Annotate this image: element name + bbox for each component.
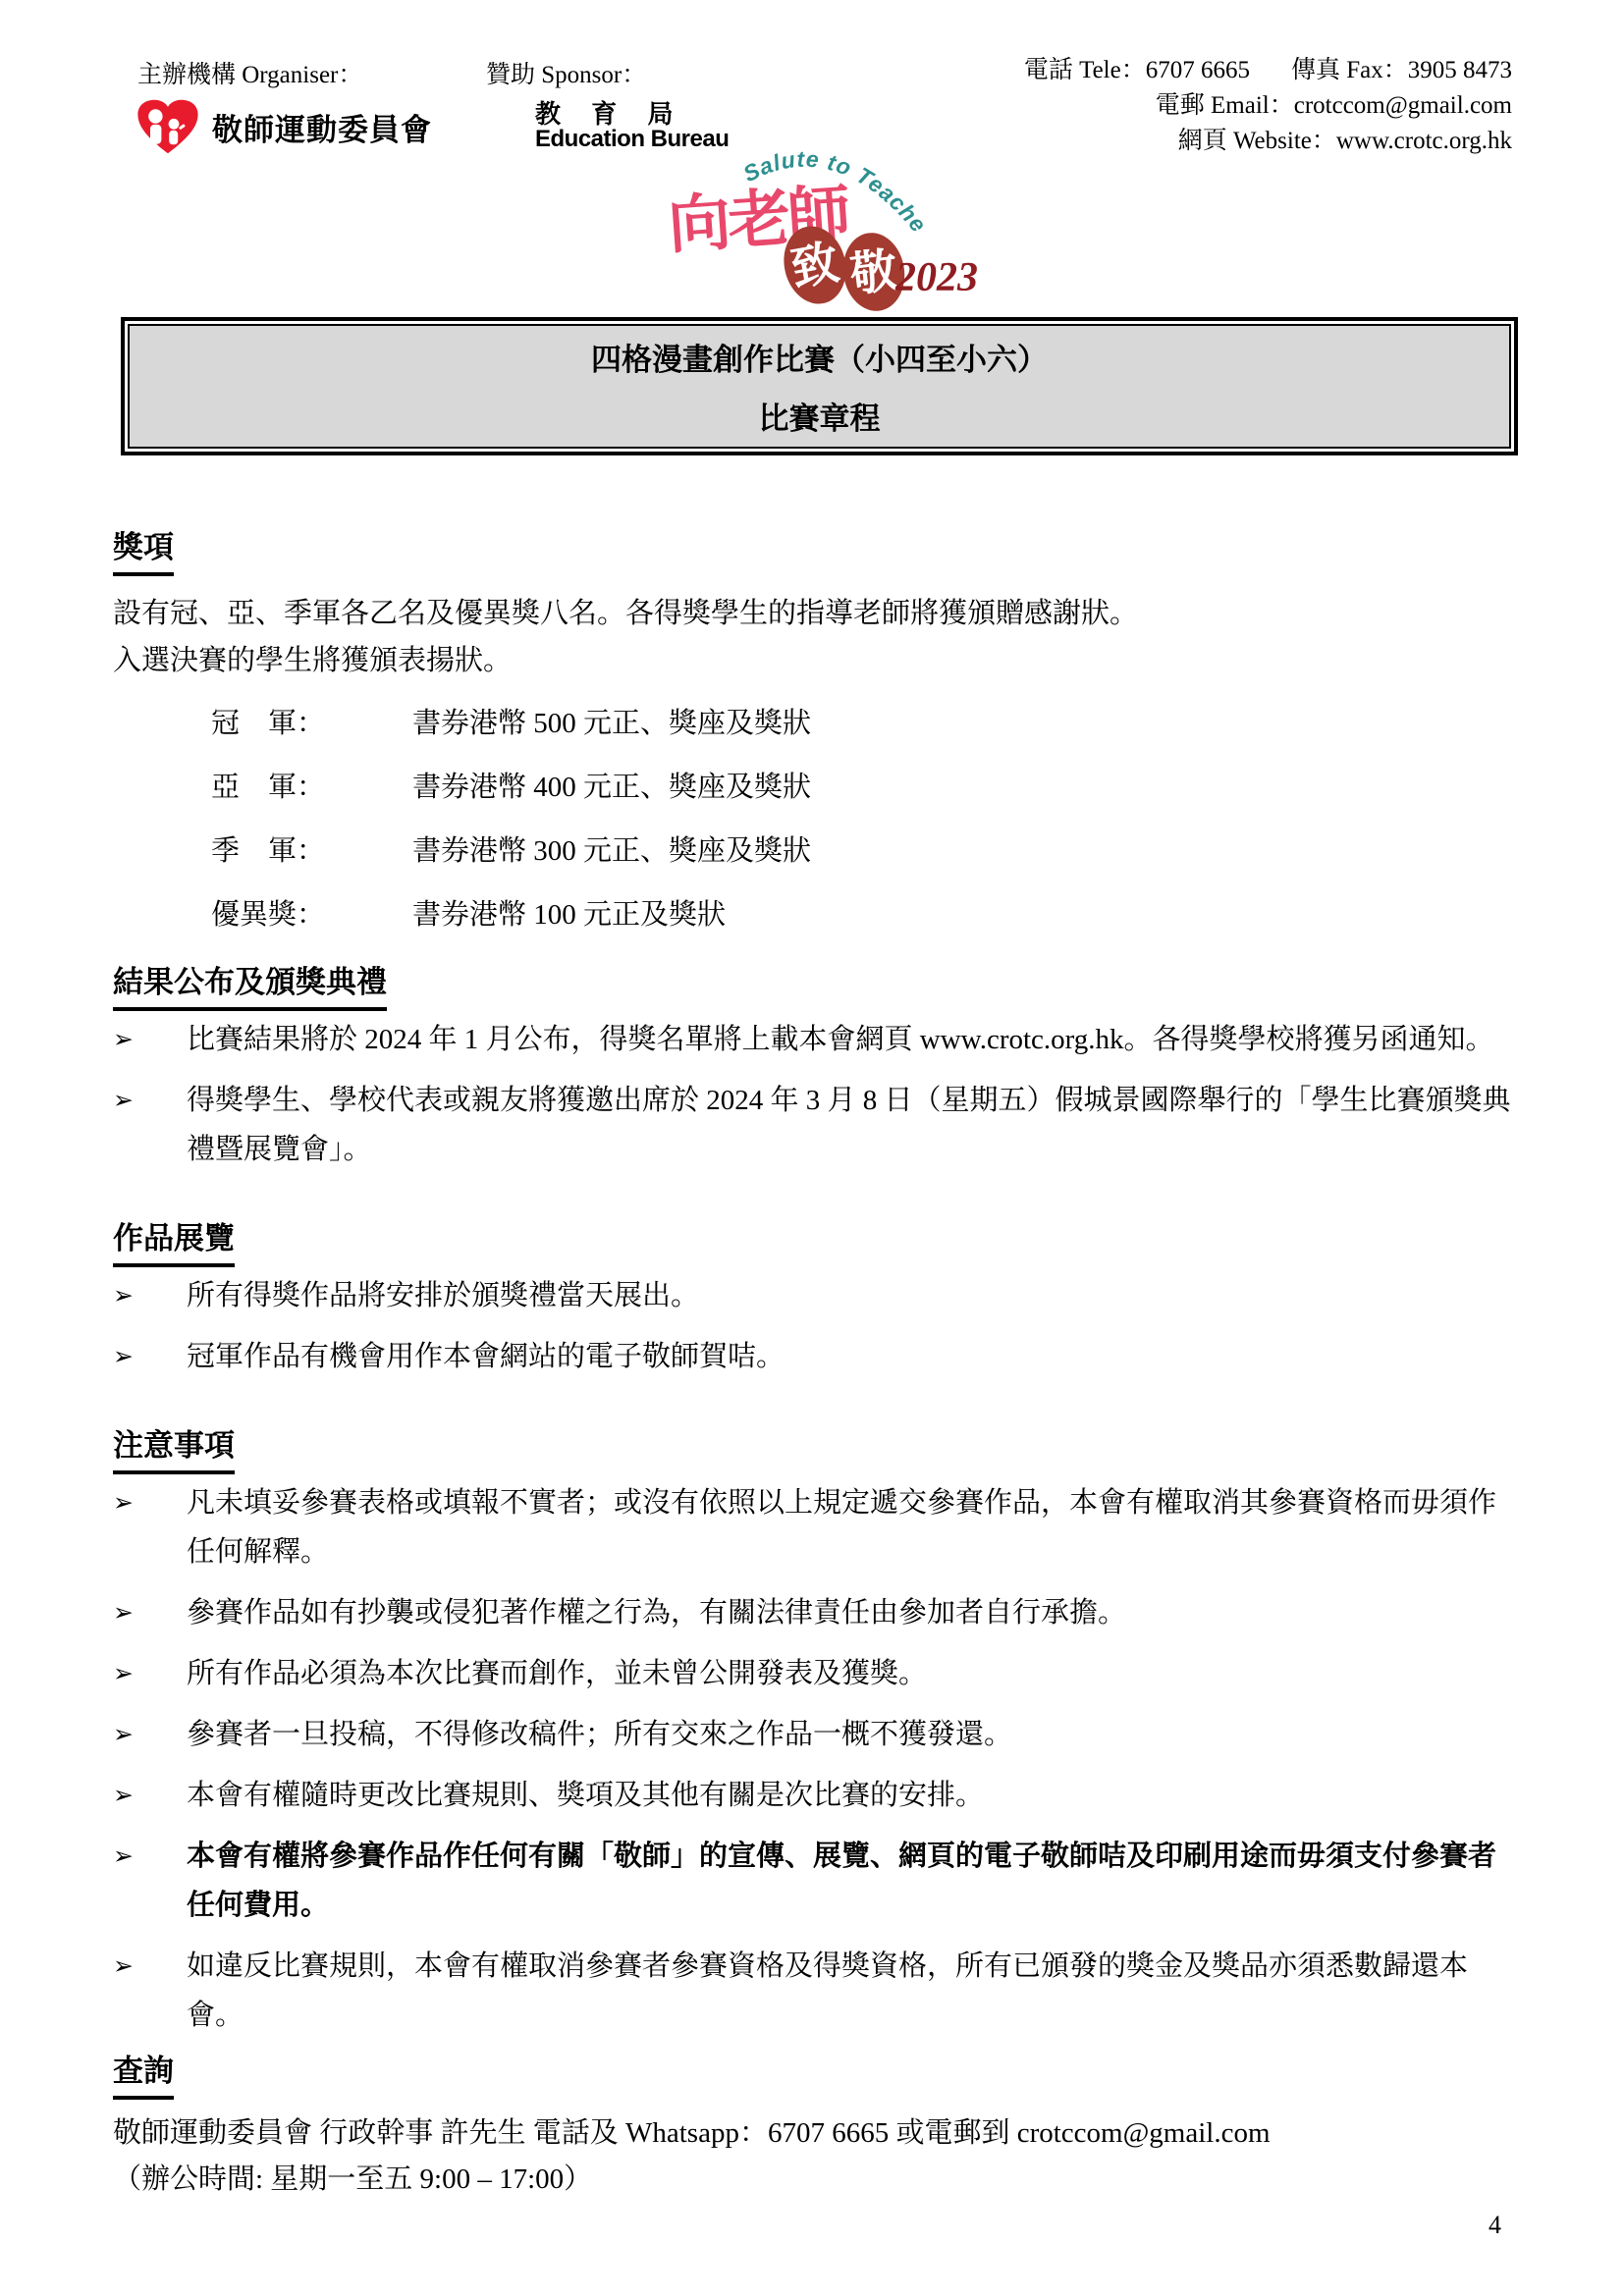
arrow-bullet-icon: ➢ [113, 1015, 187, 1064]
arrow-bullet-icon: ➢ [113, 1076, 187, 1174]
enquiry-contact-line: 敬師運動委員會 行政幹事 許先生 電話及 Whatsapp：6707 6665 … [113, 2109, 1514, 2157]
arrow-bullet-icon: ➢ [113, 1710, 187, 1759]
salute-to-teachers-logo: Salute to Teachers 向老師 致 敬 2023 [628, 145, 1001, 320]
office-hours-line: （辦公時間: 星期一至五 9:00 – 17:00） [113, 2157, 1514, 2202]
arrow-bullet-icon: ➢ [113, 1649, 187, 1698]
bullet-item: ➢ 如違反比賽規則，本會有權取消參賽者參賽資格及得獎資格，所有已頒發的獎金及獎品… [113, 1942, 1514, 2040]
arrow-bullet-icon: ➢ [113, 1832, 187, 1930]
child-body-shape [169, 131, 178, 144]
bullet-text: 所有作品必須為本次比賽而創作，並未曾公開發表及獲獎。 [187, 1649, 1514, 1698]
notes-bullet-list: ➢ 凡未填妥參賽表格或填報不實者；或沒有依照以上規定遞交參賽作品，本會有權取消其… [113, 1478, 1514, 2040]
arrow-bullet-icon: ➢ [113, 1271, 187, 1320]
arrow-bullet-icon: ➢ [113, 1771, 187, 1820]
prize-value: 書券港幣 300 元正、獎座及獎狀 [412, 820, 811, 883]
prize-value: 書券港幣 500 元正、獎座及獎狀 [412, 692, 811, 756]
prize-label: 季 軍： [211, 820, 412, 883]
bullet-item: ➢ 參賽作品如有抄襲或侵犯著作權之行為，有關法律責任由參加者自行承擔。 [113, 1588, 1514, 1637]
prize-row: 季 軍： 書券港幣 300 元正、獎座及獎狀 [211, 820, 1514, 883]
heart-family-icon [135, 98, 200, 155]
contact-fax: 傳真 Fax：3905 8473 [1291, 57, 1512, 83]
bullet-item: ➢ 所有作品必須為本次比賽而創作，並未曾公開發表及獲獎。 [113, 1649, 1514, 1698]
bullet-text: 本會有權隨時更改比賽規則、獎項及其他有關是次比賽的安排。 [187, 1771, 1514, 1820]
results-bullet-list: ➢ 比賽結果將於 2024 年 1 月公布，得獎名單將上載本會網頁 www.cr… [113, 1015, 1514, 1174]
bullet-item: ➢ 得獎學生、學校代表或親友將獲邀出席於 2024 年 3 月 8 日（星期五）… [113, 1076, 1514, 1174]
bullet-text: 參賽作品如有抄襲或侵犯著作權之行為，有關法律責任由參加者自行承擔。 [187, 1588, 1514, 1637]
arrow-bullet-icon: ➢ [113, 1478, 187, 1576]
bullet-item: ➢ 比賽結果將於 2024 年 1 月公布，得獎名單將上載本會網頁 www.cr… [113, 1015, 1514, 1064]
bullet-item: ➢ 本會有權將參賽作品作任何有關「敬師」的宣傳、展覽、網頁的電子敬師咭及印刷用途… [113, 1832, 1514, 1930]
organiser-logo-row: 敬師運動委員會 [135, 98, 432, 155]
awards-heading: 獎項 [113, 530, 174, 576]
prize-value: 書券港幣 400 元正、獎座及獎狀 [412, 756, 811, 820]
awards-intro-line: 入選決賽的學生將獲頒表揚狀。 [113, 637, 1514, 684]
prize-row: 冠 軍： 書券港幣 500 元正、獎座及獎狀 [211, 692, 1514, 756]
title-box-inner: 四格漫畫創作比賽（小四至小六） 比賽章程 [128, 324, 1511, 449]
page-number: 4 [1489, 2211, 1501, 2240]
contact-line-phone: 電話 Tele：6707 6665傳真 Fax：3905 8473 [1024, 53, 1512, 88]
awards-intro-line: 設有冠、亞、季軍各乙名及優異獎八名。各得獎學生的指導老師將獲頒贈感謝狀。 [113, 590, 1514, 637]
notes-heading: 注意事項 [113, 1428, 235, 1474]
contact-email: 電郵 Email：crotccom@gmail.com [1024, 88, 1512, 124]
bullet-text: 如違反比賽規則，本會有權取消參賽者參賽資格及得獎資格，所有已頒發的獎金及獎品亦須… [187, 1942, 1514, 2040]
prize-row: 亞 軍： 書券港幣 400 元正、獎座及獎狀 [211, 756, 1514, 820]
logo-year-text: 2023 [894, 255, 978, 300]
exhibition-heading: 作品展覽 [113, 1221, 235, 1267]
prize-label: 優異獎： [211, 883, 412, 947]
logo-oval-char-2: 敬 [846, 244, 900, 302]
arrow-bullet-icon: ➢ [113, 1332, 187, 1381]
bullet-item: ➢ 冠軍作品有機會用作本會網站的電子敬師賀咭。 [113, 1332, 1514, 1381]
enquiry-heading: 查詢 [113, 2054, 174, 2100]
arrow-bullet-icon: ➢ [113, 1942, 187, 2040]
bullet-item: ➢ 參賽者一旦投稿，不得修改稿件；所有交來之作品一概不獲發還。 [113, 1710, 1514, 1759]
bullet-text: 參賽者一旦投稿，不得修改稿件；所有交來之作品一概不獲發還。 [187, 1710, 1514, 1759]
organiser-name: 敬師運動委員會 [212, 105, 432, 149]
title-box: 四格漫畫創作比賽（小四至小六） 比賽章程 [121, 317, 1518, 455]
prize-row: 優異獎： 書券港幣 100 元正及獎狀 [211, 883, 1514, 947]
contact-block: 電話 Tele：6707 6665傳真 Fax：3905 8473 電郵 Ema… [1024, 53, 1512, 159]
bullet-text: 得獎學生、學校代表或親友將獲邀出席於 2024 年 3 月 8 日（星期五）假城… [187, 1076, 1514, 1174]
organiser-label: 主辦機構 Organiser： [137, 55, 362, 90]
prize-label: 冠 軍： [211, 692, 412, 756]
prize-list: 冠 軍： 書券港幣 500 元正、獎座及獎狀 亞 軍： 書券港幣 400 元正、… [211, 692, 1514, 947]
sponsor-label: 贊助 Sponsor： [486, 55, 646, 90]
bullet-text: 所有得獎作品將安排於頒獎禮當天展出。 [187, 1271, 1514, 1320]
competition-title: 四格漫畫創作比賽（小四至小六） [130, 340, 1509, 381]
bullet-item: ➢ 凡未填妥參賽表格或填報不實者；或沒有依照以上規定遞交參賽作品，本會有權取消其… [113, 1478, 1514, 1576]
adult-body-shape [150, 125, 161, 144]
adult-head-shape [148, 109, 162, 123]
rules-subtitle: 比賽章程 [130, 399, 1509, 440]
bullet-item: ➢ 本會有權隨時更改比賽規則、獎項及其他有關是次比賽的安排。 [113, 1771, 1514, 1820]
bullet-text: 本會有權將參賽作品作任何有關「敬師」的宣傳、展覽、網頁的電子敬師咭及印刷用途而毋… [187, 1832, 1514, 1930]
child-head-shape [169, 119, 180, 130]
results-heading: 結果公布及頒獎典禮 [113, 965, 387, 1011]
contact-website: 網頁 Website：www.crotc.org.hk [1024, 124, 1512, 159]
bullet-text: 凡未填妥參賽表格或填報不實者；或沒有依照以上規定遞交參賽作品，本會有權取消其參賽… [187, 1478, 1514, 1576]
prize-value: 書券港幣 100 元正及獎狀 [412, 883, 726, 947]
bullet-text: 冠軍作品有機會用作本會網站的電子敬師賀咭。 [187, 1332, 1514, 1381]
bullet-text: 比賽結果將於 2024 年 1 月公布，得獎名單將上載本會網頁 www.crot… [187, 1015, 1514, 1064]
logo-oval-char-1: 致 [787, 237, 842, 296]
prize-label: 亞 軍： [211, 756, 412, 820]
document-body: 獎項 設有冠、亞、季軍各乙名及優異獎八名。各得獎學生的指導老師將獲頒贈感謝狀。 … [113, 530, 1514, 2202]
document-page: 主辦機構 Organiser： 敬師運動委員會 贊助 Sponsor： 教 育 … [0, 0, 1624, 2296]
contact-tele: 電話 Tele：6707 6665 [1024, 57, 1250, 83]
heart-shape [137, 100, 197, 154]
exhibition-bullet-list: ➢ 所有得獎作品將安排於頒獎禮當天展出。 ➢ 冠軍作品有機會用作本會網站的電子敬… [113, 1271, 1514, 1381]
arrow-bullet-icon: ➢ [113, 1588, 187, 1637]
bullet-item: ➢ 所有得獎作品將安排於頒獎禮當天展出。 [113, 1271, 1514, 1320]
